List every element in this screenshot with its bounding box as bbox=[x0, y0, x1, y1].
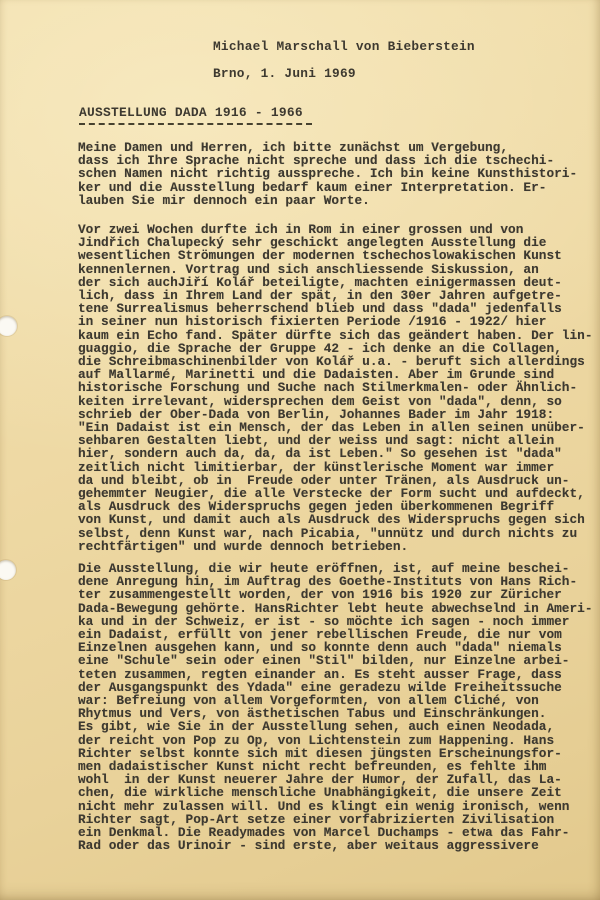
paragraph-1: Meine Damen und Herren, ich bitte zunäch… bbox=[78, 141, 577, 207]
place-date-line: Brno, 1. Juni 1969 bbox=[213, 66, 356, 81]
paragraph-3: Die Ausstellung, die wir heute eröffnen,… bbox=[78, 562, 593, 852]
paragraph-2: Vor zwei Wochen durfte ich in Rom in ein… bbox=[78, 223, 593, 553]
typewritten-document-page: Michael Marschall von Bieberstein Brno, … bbox=[0, 0, 600, 900]
document-title: AUSSTELLUNG DADA 1916 - 1966 bbox=[79, 105, 312, 125]
hole-punch-bottom bbox=[0, 560, 16, 580]
hole-punch-top bbox=[0, 316, 17, 336]
author-line: Michael Marschall von Bieberstein bbox=[213, 39, 475, 54]
